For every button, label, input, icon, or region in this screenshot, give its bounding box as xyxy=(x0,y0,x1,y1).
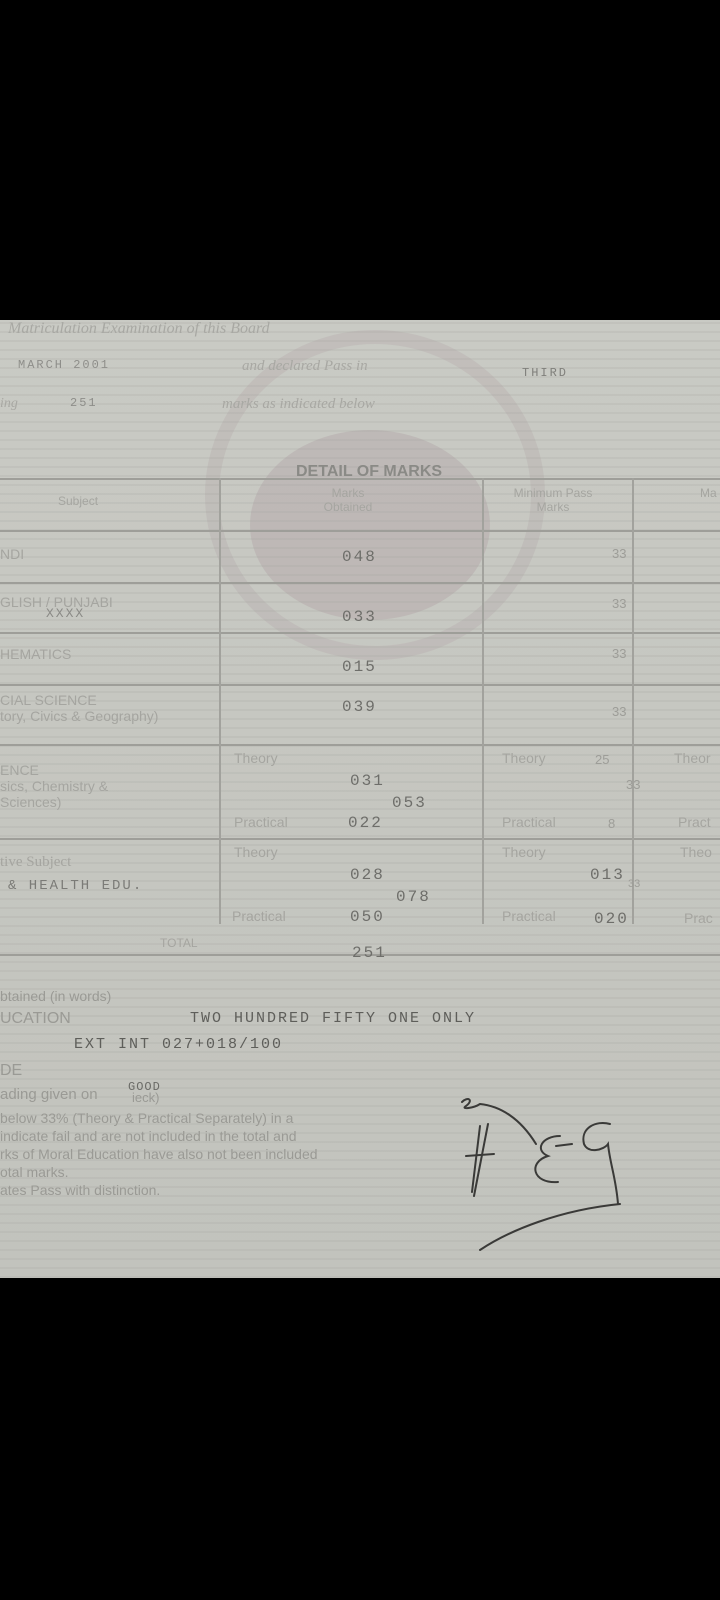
row-obtained-social-science: 039 xyxy=(342,698,377,716)
header-line: Matriculation Examination of this Board xyxy=(8,320,270,338)
exam-session: MARCH 2001 xyxy=(18,358,110,372)
row-minpass-social-science: 33 xyxy=(612,704,626,719)
words-label: btained (in words) xyxy=(0,988,111,1004)
row-obtained-maths: 015 xyxy=(342,658,377,676)
header-minimum-pass: Minimum Pass Marks xyxy=(508,486,598,514)
marks-table: Subject Marks Obtained Minimum Pass Mark… xyxy=(0,482,720,972)
marks-label: ing xyxy=(0,396,18,412)
additive-min-pass: 33 xyxy=(628,878,640,890)
science-max-practical-label: Pract xyxy=(678,814,711,830)
note-line-5: ates Pass with distinction. xyxy=(0,1182,160,1198)
science-min-pass: 33 xyxy=(626,777,640,792)
science-combined-marks: 053 xyxy=(392,794,427,812)
marks-in-words: TWO HUNDRED FIFTY ONE ONLY xyxy=(190,1010,476,1027)
row-subject-science: ENCE xyxy=(0,762,39,778)
note-line-2: indicate fail and are not included in th… xyxy=(0,1128,297,1144)
row-subject-science-sub2: Sciences) xyxy=(0,794,61,810)
header-marks-obtained: Marks Obtained xyxy=(318,486,378,514)
note-line-1: below 33% (Theory & Practical Separately… xyxy=(0,1110,293,1126)
grading-label: ading given on xyxy=(0,1086,98,1103)
row-subject-english-strike: XXXX xyxy=(46,606,85,621)
signature xyxy=(460,1090,680,1270)
total-label: TOTAL xyxy=(160,936,198,950)
science-min-theory: 25 xyxy=(595,752,609,767)
science-theory-label: Theory xyxy=(234,750,278,766)
header-subject: Subject xyxy=(58,494,98,508)
science-min-theory-label: Theory xyxy=(502,750,546,766)
row-subject-social-science-sub: tory, Civics & Geography) xyxy=(0,708,158,724)
additive-max-practical-label: Prac xyxy=(684,910,713,926)
row-minpass-english: 33 xyxy=(612,596,626,611)
row-subject-social-science: CIAL SCIENCE xyxy=(0,692,97,708)
declared-text: and declared Pass in xyxy=(242,358,368,375)
row-subject-science-sub: sics, Chemistry & xyxy=(0,778,108,794)
row-subject-hindi: NDI xyxy=(0,546,24,562)
row-obtained-hindi: 048 xyxy=(342,548,377,566)
ext-int-marks: EXT INT 027+018/100 xyxy=(74,1036,283,1053)
marksheet-paper: Matriculation Examination of this Board … xyxy=(0,320,720,1278)
science-max-theory-label: Theor xyxy=(674,750,711,766)
additive-min-theory-typed: 013 xyxy=(590,866,625,884)
additive-min-practical-label: Practical xyxy=(502,908,556,924)
additive-practical-label: Practical xyxy=(232,908,286,924)
grade-label: DE xyxy=(0,1062,22,1080)
division-value: THIRD xyxy=(522,366,568,380)
marks-total-short: 251 xyxy=(70,396,98,410)
science-practical-label: Practical xyxy=(234,814,288,830)
note-line-3: rks of Moral Education have also not bee… xyxy=(0,1146,318,1162)
note-line-4: otal marks. xyxy=(0,1164,68,1180)
row-minpass-hindi: 33 xyxy=(612,546,626,561)
header-max-marks: Ma xyxy=(700,486,717,500)
education-label: UCATION xyxy=(0,1010,71,1028)
additive-practical-marks: 050 xyxy=(350,908,385,926)
grading-suffix: ieck) xyxy=(132,1090,159,1105)
science-practical-marks: 022 xyxy=(348,814,383,832)
additive-combined-marks: 078 xyxy=(396,888,431,906)
marks-text: marks as indicated below xyxy=(222,396,375,413)
additive-max-theory-label: Theo xyxy=(680,844,712,860)
row-subject-additive: tive Subject xyxy=(0,854,71,870)
total-value: 251 xyxy=(352,944,387,962)
science-theory-marks: 031 xyxy=(350,772,385,790)
row-obtained-english: 033 xyxy=(342,608,377,626)
row-minpass-maths: 33 xyxy=(612,646,626,661)
additive-min-practical-typed: 020 xyxy=(594,910,629,928)
additive-theory-marks: 028 xyxy=(350,866,385,884)
row-subject-additive-sub: & HEALTH EDU. xyxy=(8,878,143,894)
additive-theory-label: Theory xyxy=(234,844,278,860)
row-subject-maths: HEMATICS xyxy=(0,646,71,662)
science-min-practical-label: Practical xyxy=(502,814,556,830)
additive-min-theory-label: Theory xyxy=(502,844,546,860)
science-min-practical: 8 xyxy=(608,816,615,831)
